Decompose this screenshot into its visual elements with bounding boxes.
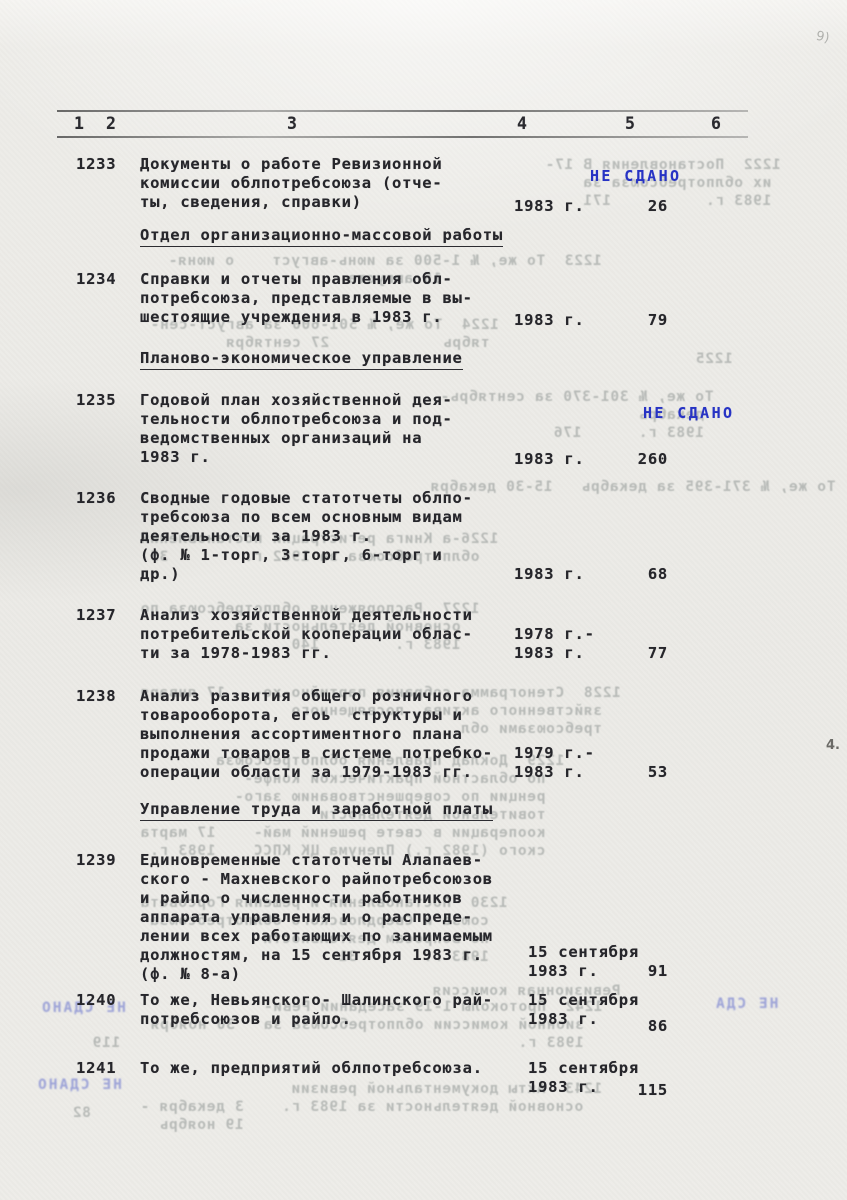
entry-description-line: деятельности за 1983 г. (140, 527, 372, 546)
entry-number: 1234 (76, 270, 116, 289)
entry-page-count: 53 (596, 763, 668, 782)
entry-description-line: потребительской кооперации облас- (140, 625, 473, 644)
entry-number: 1241 (76, 1059, 116, 1078)
ghost-text: 82 (72, 1104, 91, 1122)
entry-description-line: др.) (140, 565, 180, 584)
entry-description-line: Единовременные статотчеты Алапаев- (140, 851, 483, 870)
entry-page-count: 68 (596, 565, 668, 584)
entry-date: 1983 г. (514, 763, 585, 782)
entry-number: 1240 (76, 991, 116, 1010)
entry-date: 1983 г. (514, 197, 585, 216)
entry-description-line: То же, Невьянского- Шалинского рай- (140, 991, 493, 1010)
entry-number: 1238 (76, 687, 116, 706)
ghost-not-submitted-stamp: НЕ СДА (714, 995, 778, 1013)
entry-date: 15 сентября (528, 1059, 639, 1078)
entry-date: 1979 г.- (514, 744, 595, 763)
entry-description-line: потребсоюза, представляемые в вы- (140, 289, 473, 308)
section-heading: Отдел организационно-массовой работы (140, 226, 503, 247)
entry-date: 1983 г. (514, 311, 585, 330)
entry-description-line: ского - Махневского райпотребсоюзов (140, 870, 493, 889)
entry-page-count: 260 (596, 450, 668, 469)
not-submitted-stamp: НЕ СДАНО (643, 404, 734, 422)
entry-date: 1983 г. (514, 644, 585, 663)
entry-description-line: требсоюза по всем основным видам (140, 508, 463, 527)
entry-date: 1983 г. (514, 565, 585, 584)
entry-description-line: То же, предприятий облпотребсоюза. (140, 1059, 483, 1078)
entry-description-line: шестоящие учреждения в 1983 г. (140, 308, 442, 327)
entry-number: 1237 (76, 606, 116, 625)
entry-date: 1983 г. (528, 1078, 599, 1097)
entry-number: 1239 (76, 851, 116, 870)
entry-description-line: Сводные годовые статотчеты облпо- (140, 489, 473, 508)
entry-description-line: потребсоюзов и райпо. (140, 1010, 352, 1029)
entry-description-line: Анализ развития общего розничного (140, 687, 473, 706)
entry-description-line: (ф. № 1-торг, 3-торг, 6-торг и (140, 546, 442, 565)
column-number: 4 (517, 114, 527, 133)
column-number: 5 (625, 114, 635, 133)
pencil-page-number: 9) (815, 29, 831, 46)
entry-number: 1233 (76, 155, 116, 174)
not-submitted-stamp: НЕ СДАНО (590, 167, 681, 185)
entry-description-line: товарооборота, егоь структуры и (140, 706, 463, 725)
entry-description-line: ты, сведения, справки) (140, 193, 362, 212)
ghost-text: 1226 То же, № 371-395 за декабрь 15-30 д… (430, 478, 847, 496)
entry-description-line: Справки и отчеты правления обл- (140, 270, 453, 289)
ghost-not-submitted-stamp: НЕ СДАНО (36, 1076, 122, 1094)
entry-description-line: аппарата управления и о распреде- (140, 908, 473, 927)
entry-page-count: 77 (596, 644, 668, 663)
ghost-text: 1225 (695, 350, 733, 368)
pencil-margin-mark: 4. (826, 738, 840, 753)
entry-description-line: Документы о работе Ревизионной (140, 155, 442, 174)
entry-date: 1983 г. (528, 1010, 599, 1029)
entry-date: 15 сентября (528, 991, 639, 1010)
entry-description-line: комиссии облпотребсоюза (отче- (140, 174, 442, 193)
entry-description-line: Годовой план хозяйственной дея- (140, 391, 453, 410)
entry-description-line: тельности облпотребсоюза и под- (140, 410, 453, 429)
entry-page-count: 115 (596, 1081, 668, 1100)
entry-description-line: Анализ хозяйственной деятельности (140, 606, 473, 625)
entry-number: 1236 (76, 489, 116, 508)
scanned-document-page: 9) 4. 1222 Постановления В 17- их облпот… (0, 0, 847, 1200)
entry-date: 15 сентября (528, 943, 639, 962)
entry-page-count: 26 (596, 197, 668, 216)
ghost-text: 119 (92, 1034, 120, 1052)
entry-date: 1978 г.- (514, 625, 595, 644)
entry-page-count: 86 (596, 1017, 668, 1036)
column-number: 3 (287, 114, 297, 133)
column-number: 6 (711, 114, 721, 133)
header-rule-line (57, 110, 748, 112)
section-heading: Управление труда и заработной платы (140, 800, 493, 821)
entry-description-line: операции области за 1979-1983 гг. (140, 763, 473, 782)
entry-page-count: 91 (596, 962, 668, 981)
entry-number: 1235 (76, 391, 116, 410)
section-heading: Планово-экономическое управление (140, 349, 463, 370)
entry-description-line: должностям, на 15 сентября 1983 г. (140, 946, 483, 965)
header-rule-line (57, 136, 748, 138)
entry-description-line: продажи товаров в системе потребко- (140, 744, 493, 763)
entry-page-count: 79 (596, 311, 668, 330)
entry-date: 1983 г. (528, 962, 599, 981)
entry-description-line: выполнения ассортиментного плана (140, 725, 463, 744)
column-number: 2 (106, 114, 116, 133)
entry-description-line: лении всех работающих по занимаемым (140, 927, 493, 946)
entry-description-line: (ф. № 8-а) (140, 965, 241, 984)
column-number: 1 (74, 114, 84, 133)
entry-description-line: ведомственных организаций на (140, 429, 422, 448)
entry-date: 1983 г. (514, 450, 585, 469)
entry-description-line: и райпо о численности работников (140, 889, 463, 908)
entry-description-line: ти за 1978-1983 гг. (140, 644, 332, 663)
entry-description-line: 1983 г. (140, 448, 211, 467)
